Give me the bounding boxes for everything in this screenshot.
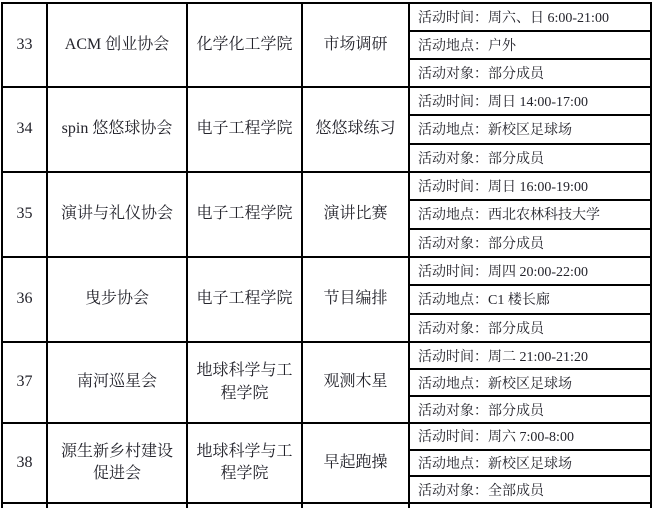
table-row: 37 南河巡星会 地球科学与工程学院 观测木星 活动时间：周二 21:00-21… <box>3 343 652 424</box>
table-row: 38 源生新乡村建设促进会 地球科学与工程学院 早起跑操 活动时间：周六 7:0… <box>3 424 652 504</box>
activity-details: 活动时间：周二 21:00-21:20 活动地点：新校区足球场 活动对象：部分成… <box>410 343 652 424</box>
activity-place-cell: 活动地点：C1 楼长廊 <box>410 286 652 314</box>
activity-time-cell <box>410 504 652 508</box>
activity-time-value: 周日 14:00-17:00 <box>488 91 588 111</box>
activity-time-label: 活动时间： <box>418 426 488 446</box>
activity-place-label: 活动地点： <box>418 204 488 224</box>
activity-place-value: 新校区足球场 <box>488 453 572 473</box>
activity-audience-label: 活动对象： <box>418 318 488 338</box>
college-name: 地球科学与工程学院 <box>188 343 303 424</box>
activity-name: 市场调研 <box>303 4 410 88</box>
club-name: spin 悠悠球协会 <box>48 88 188 173</box>
row-number: 36 <box>3 258 48 343</box>
activity-time-label: 活动时间： <box>418 346 488 366</box>
activity-name <box>303 504 410 508</box>
college-name: 电子工程学院 <box>188 173 303 258</box>
activity-time-value: 周四 20:00-22:00 <box>488 261 588 281</box>
college-name: 电子工程学院 <box>188 88 303 173</box>
activity-details: 活动时间：周六、日 6:00-21:00 活动地点：户外 活动对象：部分成员 <box>410 4 652 88</box>
college-name <box>188 504 303 508</box>
row-number: 33 <box>3 4 48 88</box>
activity-details: 活动时间：周日 14:00-17:00 活动地点：新校区足球场 活动对象：部分成… <box>410 88 652 173</box>
row-number <box>3 504 48 508</box>
activity-place-cell: 活动地点：新校区足球场 <box>410 116 652 144</box>
club-name <box>48 504 188 508</box>
activity-audience-value: 部分成员 <box>488 400 544 420</box>
table-row: 33 ACM 创业协会 化学化工学院 市场调研 活动时间：周六、日 6:00-2… <box>3 4 652 88</box>
club-name: 南河巡星会 <box>48 343 188 424</box>
activity-name: 早起跑操 <box>303 424 410 504</box>
activity-place-cell: 活动地点：新校区足球场 <box>410 370 652 397</box>
club-activity-table: 33 ACM 创业协会 化学化工学院 市场调研 活动时间：周六、日 6:00-2… <box>1 2 652 508</box>
activity-time-label: 活动时间： <box>418 261 488 281</box>
activity-audience-cell: 活动对象：部分成员 <box>410 230 652 258</box>
club-name: 源生新乡村建设促进会 <box>48 424 188 504</box>
activity-time-cell: 活动时间：周日 14:00-17:00 <box>410 88 652 116</box>
activity-place-cell: 活动地点：户外 <box>410 32 652 60</box>
activity-audience-label: 活动对象： <box>418 63 488 83</box>
activity-name: 观测木星 <box>303 343 410 424</box>
activity-audience-value: 全部成员 <box>488 480 544 500</box>
row-number: 38 <box>3 424 48 504</box>
table-row: 34 spin 悠悠球协会 电子工程学院 悠悠球练习 活动时间：周日 14:00… <box>3 88 652 173</box>
college-name: 地球科学与工程学院 <box>188 424 303 504</box>
activity-place-label: 活动地点： <box>418 453 488 473</box>
row-number: 35 <box>3 173 48 258</box>
activity-audience-cell: 活动对象：部分成员 <box>410 315 652 343</box>
activity-details: 活动时间：周六 7:00-8:00 活动地点：新校区足球场 活动对象：全部成员 <box>410 424 652 504</box>
partial-next-row <box>3 504 652 508</box>
document-page: 33 ACM 创业协会 化学化工学院 市场调研 活动时间：周六、日 6:00-2… <box>0 0 653 508</box>
activity-name: 悠悠球练习 <box>303 88 410 173</box>
activity-place-label: 活动地点： <box>418 119 488 139</box>
activity-name: 节目编排 <box>303 258 410 343</box>
activity-place-label: 活动地点： <box>418 373 488 393</box>
activity-audience-label: 活动对象： <box>418 233 488 253</box>
activity-details <box>410 504 652 508</box>
club-name: 演讲与礼仪协会 <box>48 173 188 258</box>
activity-time-value: 周六 7:00-8:00 <box>488 426 574 446</box>
activity-time-cell: 活动时间：周六、日 6:00-21:00 <box>410 4 652 32</box>
activity-time-cell: 活动时间：周二 21:00-21:20 <box>410 343 652 370</box>
activity-details: 活动时间：周四 20:00-22:00 活动地点：C1 楼长廊 活动对象：部分成… <box>410 258 652 343</box>
activity-place-label: 活动地点： <box>418 289 488 309</box>
activity-details: 活动时间：周日 16:00-19:00 活动地点：西北农林科技大学 活动对象：部… <box>410 173 652 258</box>
activity-place-value: 西北农林科技大学 <box>488 204 600 224</box>
row-number: 34 <box>3 88 48 173</box>
activity-place-value: 新校区足球场 <box>488 373 572 393</box>
activity-time-cell: 活动时间：周六 7:00-8:00 <box>410 424 652 451</box>
activity-time-cell: 活动时间：周日 16:00-19:00 <box>410 173 652 201</box>
activity-audience-value: 部分成员 <box>488 233 544 253</box>
activity-audience-cell: 活动对象：部分成员 <box>410 145 652 173</box>
activity-time-cell: 活动时间：周四 20:00-22:00 <box>410 258 652 286</box>
activity-audience-value: 部分成员 <box>488 318 544 338</box>
row-number: 37 <box>3 343 48 424</box>
activity-audience-label: 活动对象： <box>418 148 488 168</box>
club-name: ACM 创业协会 <box>48 4 188 88</box>
table-row: 35 演讲与礼仪协会 电子工程学院 演讲比赛 活动时间：周日 16:00-19:… <box>3 173 652 258</box>
activity-audience-cell: 活动对象：部分成员 <box>410 60 652 88</box>
college-name: 化学化工学院 <box>188 4 303 88</box>
activity-time-label: 活动时间： <box>418 176 488 196</box>
activity-place-value: 新校区足球场 <box>488 119 572 139</box>
activity-audience-value: 部分成员 <box>488 63 544 83</box>
activity-audience-value: 部分成员 <box>488 148 544 168</box>
activity-audience-cell: 活动对象：全部成员 <box>410 477 652 504</box>
activity-place-value: C1 楼长廊 <box>488 289 550 309</box>
activity-audience-label: 活动对象： <box>418 400 488 420</box>
activity-time-label: 活动时间： <box>418 7 488 27</box>
activity-time-value: 周日 16:00-19:00 <box>488 176 588 196</box>
activity-place-value: 户外 <box>488 35 516 55</box>
table-row: 36 曳步协会 电子工程学院 节目编排 活动时间：周四 20:00-22:00 … <box>3 258 652 343</box>
college-name: 电子工程学院 <box>188 258 303 343</box>
activity-name: 演讲比赛 <box>303 173 410 258</box>
activity-time-value: 周二 21:00-21:20 <box>488 346 588 366</box>
activity-place-label: 活动地点： <box>418 35 488 55</box>
activity-place-cell: 活动地点：新校区足球场 <box>410 451 652 478</box>
activity-audience-cell: 活动对象：部分成员 <box>410 397 652 424</box>
activity-time-label: 活动时间： <box>418 91 488 111</box>
activity-time-value: 周六、日 6:00-21:00 <box>488 7 609 27</box>
activity-place-cell: 活动地点：西北农林科技大学 <box>410 201 652 229</box>
club-name: 曳步协会 <box>48 258 188 343</box>
activity-audience-label: 活动对象： <box>418 480 488 500</box>
